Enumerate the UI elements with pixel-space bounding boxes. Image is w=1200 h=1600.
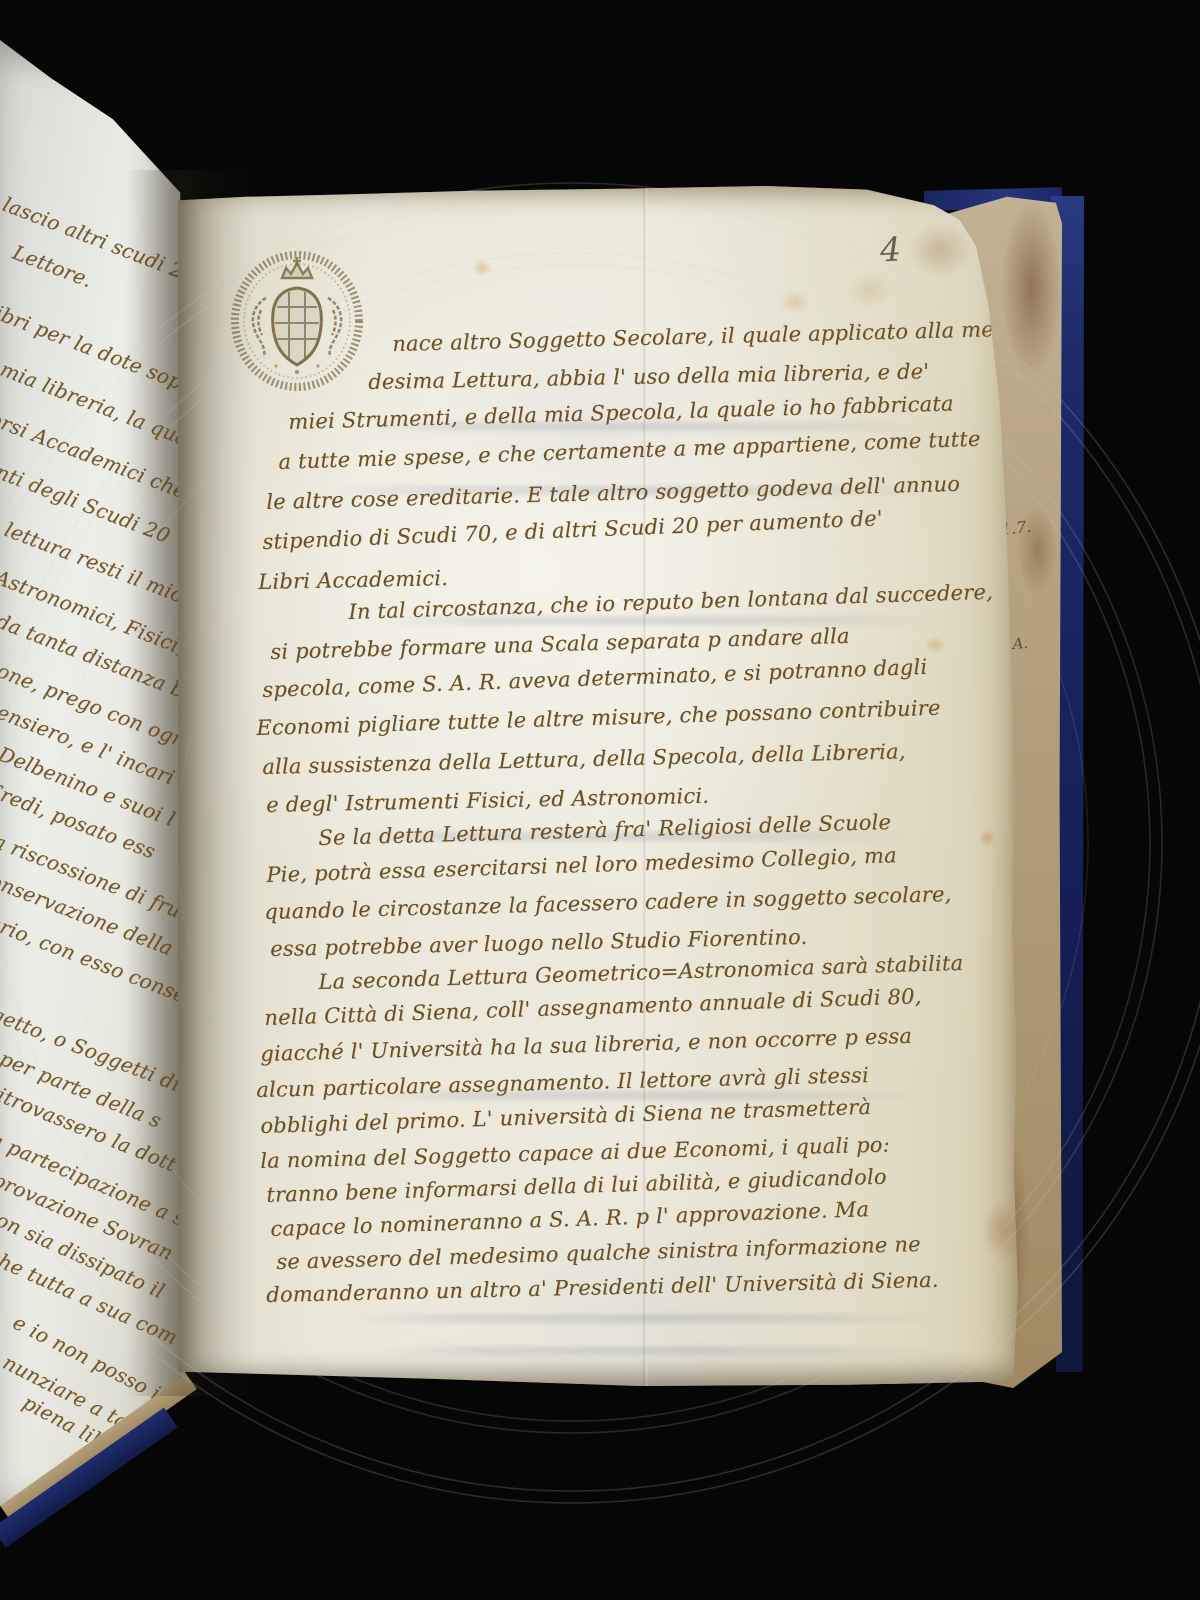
manuscript-line: se avessero del medesimo qualche sinistr… bbox=[276, 1232, 921, 1274]
manuscript-line: nace altro Soggetto Secolare, il quale a… bbox=[392, 317, 1001, 356]
manuscript-line: quando le circostanze la facessero cader… bbox=[264, 882, 952, 924]
seal-stamp-icon bbox=[226, 244, 368, 394]
manuscript-line: domanderanno un altro a' Presidenti dell… bbox=[266, 1268, 939, 1307]
manuscript-line: alcun particolare assegnamento. Il letto… bbox=[256, 1063, 869, 1102]
manuscript-page: 4 nace altro Soggetto Secolare, il quale… bbox=[178, 186, 1018, 1386]
manuscript-line: desima Lettura, abbia l' uso della mia l… bbox=[368, 359, 929, 394]
manuscript-line: obblighi del primo. L' università di Sie… bbox=[260, 1095, 871, 1138]
manuscript-line: Se la detta Lettura resterà fra' Religio… bbox=[318, 810, 891, 850]
ink-bleedthrough bbox=[378, 1346, 938, 1355]
left-page: lascio altri scudi 20 anLettore.libri pe… bbox=[0, 40, 182, 1506]
manuscript-line: Economi pigliare tutte le altre misure, … bbox=[256, 696, 941, 740]
manuscript-line: si potrebbe formare una Scala separata p… bbox=[270, 624, 850, 664]
ink-bleedthrough bbox=[348, 1314, 948, 1323]
manuscript-line: Libri Accademici. bbox=[258, 566, 448, 594]
manuscript-line: giacché l' Università ha la sua libreria… bbox=[260, 1024, 912, 1066]
fore-edge-ink-mark: A. bbox=[1012, 634, 1029, 653]
manuscript-line: miei Strumenti, e della mia Specola, la … bbox=[288, 391, 954, 434]
manuscript-line-fragment: Lettore. bbox=[9, 240, 95, 292]
manuscript-photo: 1.7.A. lascio altri scudi 20 anLettore.l… bbox=[0, 0, 1200, 1600]
manuscript-line: essa potrebbe aver luogo nello Studio Fi… bbox=[270, 925, 808, 961]
manuscript-line: Pie, potrà essa esercitarsi nel loro med… bbox=[266, 843, 897, 887]
page-number: 4 bbox=[879, 229, 902, 269]
manuscript-line: stipendio di Scudi 70, e di altri Scudi … bbox=[262, 506, 883, 554]
manuscript-line: a tutte mie spese, e che certamente a me… bbox=[278, 427, 981, 474]
manuscript-line: alla sussistenza della Lettura, della Sp… bbox=[262, 739, 906, 779]
manuscript-line: e degl' Istrumenti Fisici, ed Astronomic… bbox=[266, 784, 709, 817]
manuscript-line: specola, come S. A. R. aveva determinato… bbox=[262, 655, 928, 702]
